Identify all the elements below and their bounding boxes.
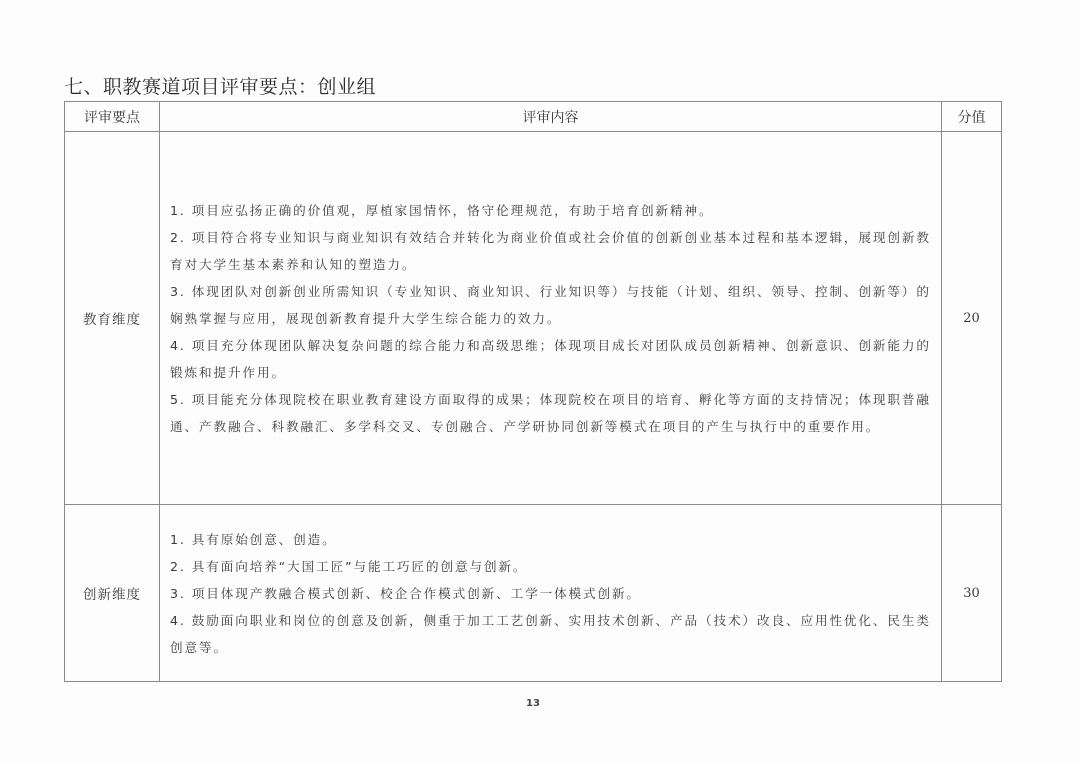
content-cell: 1. 项目应弘扬正确的价值观，厚植家国情怀，恪守伦理规范，有助于培育创新精神。 … (160, 132, 942, 505)
table-header-row: 评审要点 评审内容 分值 (65, 102, 1002, 132)
criteria-item: 3. 项目体现产教融合模式创新、校企合作模式创新、工学一体模式创新。 (170, 580, 931, 607)
header-score: 分值 (942, 102, 1002, 132)
header-review-content: 评审内容 (160, 102, 942, 132)
dimension-cell: 教育维度 (65, 132, 160, 505)
criteria-item: 1. 项目应弘扬正确的价值观，厚植家国情怀，恪守伦理规范，有助于培育创新精神。 (170, 197, 931, 224)
criteria-item: 2. 具有面向培养“大国工匠”与能工巧匠的创意与创新。 (170, 553, 931, 580)
criteria-item: 1. 具有原始创意、创造。 (170, 526, 931, 553)
criteria-item: 4. 项目充分体现团队解决复杂问题的综合能力和高级思维；体现项目成长对团队成员创… (170, 332, 931, 386)
page-number: 13 (526, 698, 540, 709)
table-row: 创新维度 1. 具有原始创意、创造。 2. 具有面向培养“大国工匠”与能工巧匠的… (65, 505, 1002, 682)
section-title: 七、职教赛道项目评审要点：创业组 (64, 72, 376, 99)
content-cell: 1. 具有原始创意、创造。 2. 具有面向培养“大国工匠”与能工巧匠的创意与创新… (160, 505, 942, 682)
score-cell: 30 (942, 505, 1002, 682)
criteria-item: 5. 项目能充分体现院校在职业教育建设方面取得的成果；体现院校在项目的培育、孵化… (170, 386, 931, 440)
score-cell: 20 (942, 132, 1002, 505)
criteria-item: 4. 鼓励面向职业和岗位的创意及创新，侧重于加工工艺创新、实用技术创新、产品（技… (170, 607, 931, 661)
header-review-point: 评审要点 (65, 102, 160, 132)
criteria-item: 2. 项目符合将专业知识与商业知识有效结合并转化为商业价值或社会价值的创新创业基… (170, 224, 931, 278)
dimension-cell: 创新维度 (65, 505, 160, 682)
review-criteria-table: 评审要点 评审内容 分值 教育维度 1. 项目应弘扬正确的价值观，厚植家国情怀，… (64, 101, 1002, 682)
table-row: 教育维度 1. 项目应弘扬正确的价值观，厚植家国情怀，恪守伦理规范，有助于培育创… (65, 132, 1002, 505)
criteria-item: 3. 体现团队对创新创业所需知识（专业知识、商业知识、行业知识等）与技能（计划、… (170, 278, 931, 332)
